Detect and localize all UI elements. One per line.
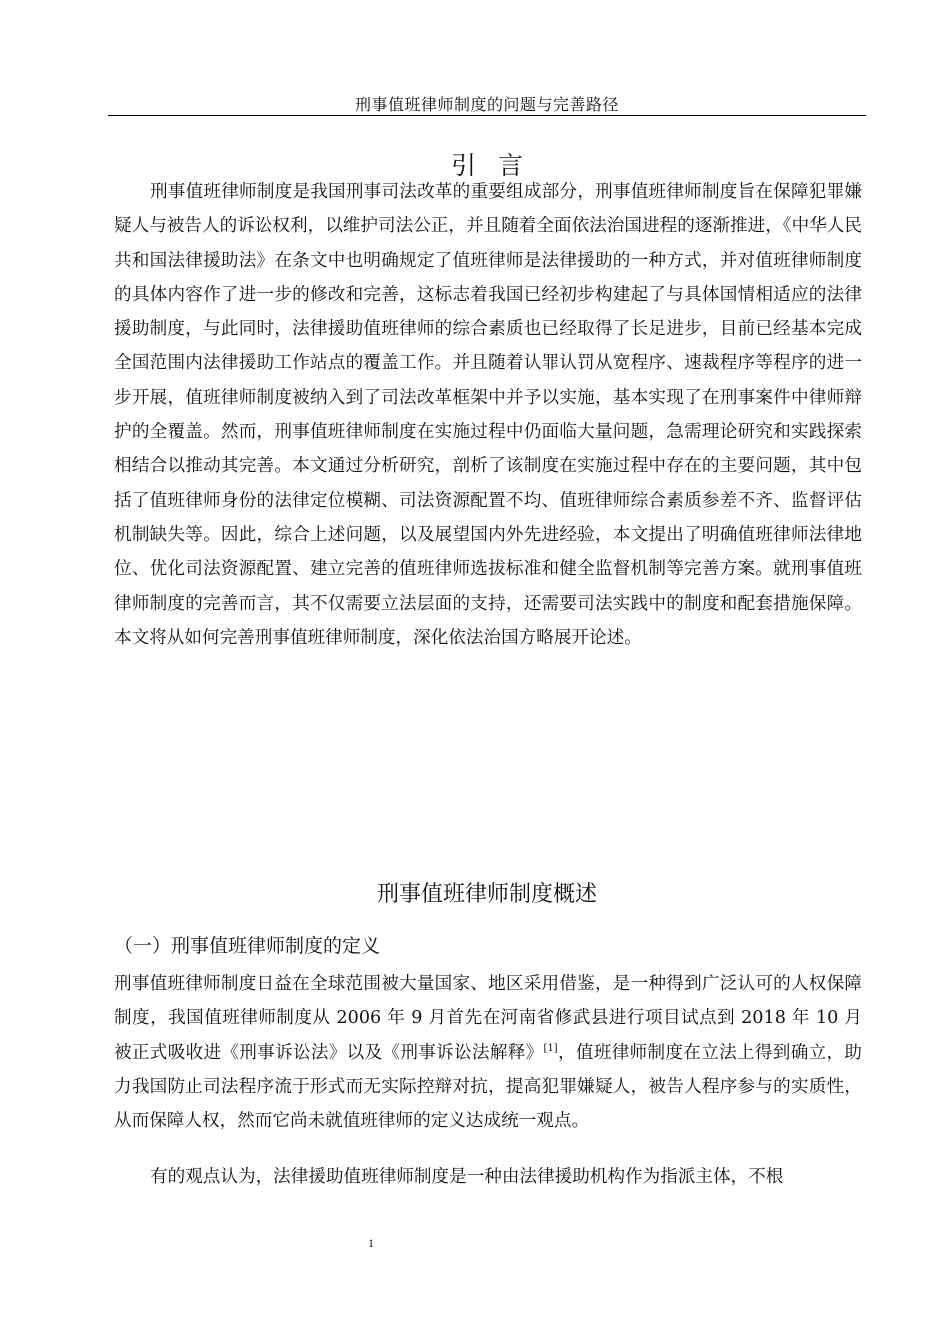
definition-paragraph: 刑事值班律师制度日益在全球范围被大量国家、地区采用借鉴，是一种得到广泛认可的人权… — [114, 967, 862, 1138]
page-number: 1 — [368, 1236, 374, 1251]
viewpoint-paragraph: 有的观点认为，法律援助值班律师制度是一种由法律援助机构作为指派主体，不根 — [114, 1160, 862, 1194]
introduction-paragraph: 刑事值班律师制度是我国刑事司法改革的重要组成部分，刑事值班律师制度旨在保障犯罪嫌… — [114, 175, 862, 655]
header-rule — [108, 115, 866, 116]
running-header: 刑事值班律师制度的问题与完善路径 — [108, 92, 866, 115]
subsection-heading: （一）刑事值班律师制度的定义 — [114, 931, 380, 958]
section-heading: 刑事值班律师制度概述 — [108, 877, 866, 908]
citation-reference[interactable]: [1] — [544, 1043, 558, 1054]
